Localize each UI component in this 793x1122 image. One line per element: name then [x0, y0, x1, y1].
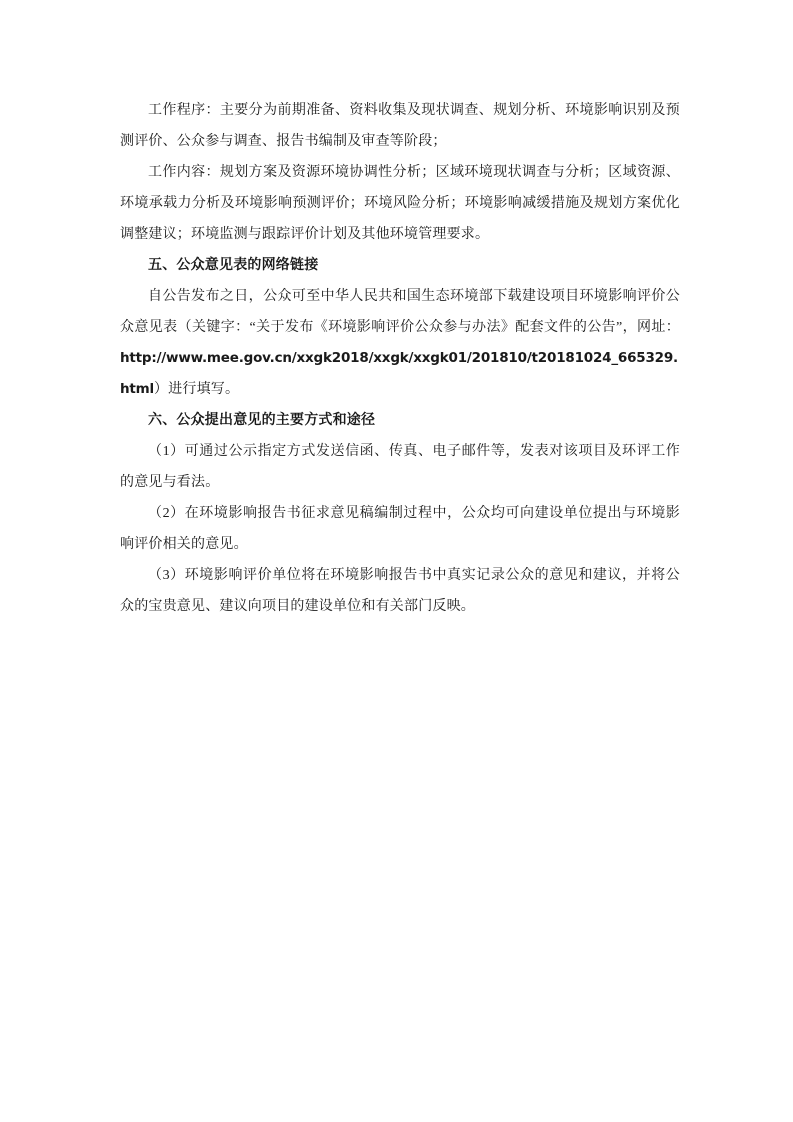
section-heading-feedback-methods: 六、公众提出意见的主要方式和途径 — [120, 405, 680, 436]
comment-form-text-after-url: ）进行填写。 — [154, 382, 239, 397]
paragraph-feedback-method-3: （3）环境影响评价单位将在环境影响报告书中真实记录公众的意见和建议，并将公众的宝… — [120, 560, 680, 622]
paragraph-work-procedure: 工作程序：主要分为前期准备、资料收集及现状调查、规划分析、环境影响识别及预测评价… — [120, 95, 680, 157]
paragraph-feedback-method-2: （2）在环境影响报告书征求意见稿编制过程中，公众均可向建设单位提出与环境影响评价… — [120, 498, 680, 560]
paragraph-work-content: 工作内容：规划方案及资源环境协调性分析；区域环境现状调查与分析；区域资源、环境承… — [120, 157, 680, 250]
paragraph-feedback-method-1: （1）可通过公示指定方式发送信函、传真、电子邮件等，发表对该项目及环评工作的意见… — [120, 436, 680, 498]
comment-form-text-before-url: 自公告发布之日，公众可至中华人民共和国生态环境部下载建设项目环境影响评价公众意见… — [120, 289, 680, 335]
section-heading-public-comment-form-link: 五、公众意见表的网络链接 — [120, 250, 680, 281]
paragraph-comment-form-download: 自公告发布之日，公众可至中华人民共和国生态环境部下载建设项目环境影响评价公众意见… — [120, 281, 680, 405]
document-page: 工作程序：主要分为前期准备、资料收集及现状调查、规划分析、环境影响识别及预测评价… — [0, 0, 793, 1122]
